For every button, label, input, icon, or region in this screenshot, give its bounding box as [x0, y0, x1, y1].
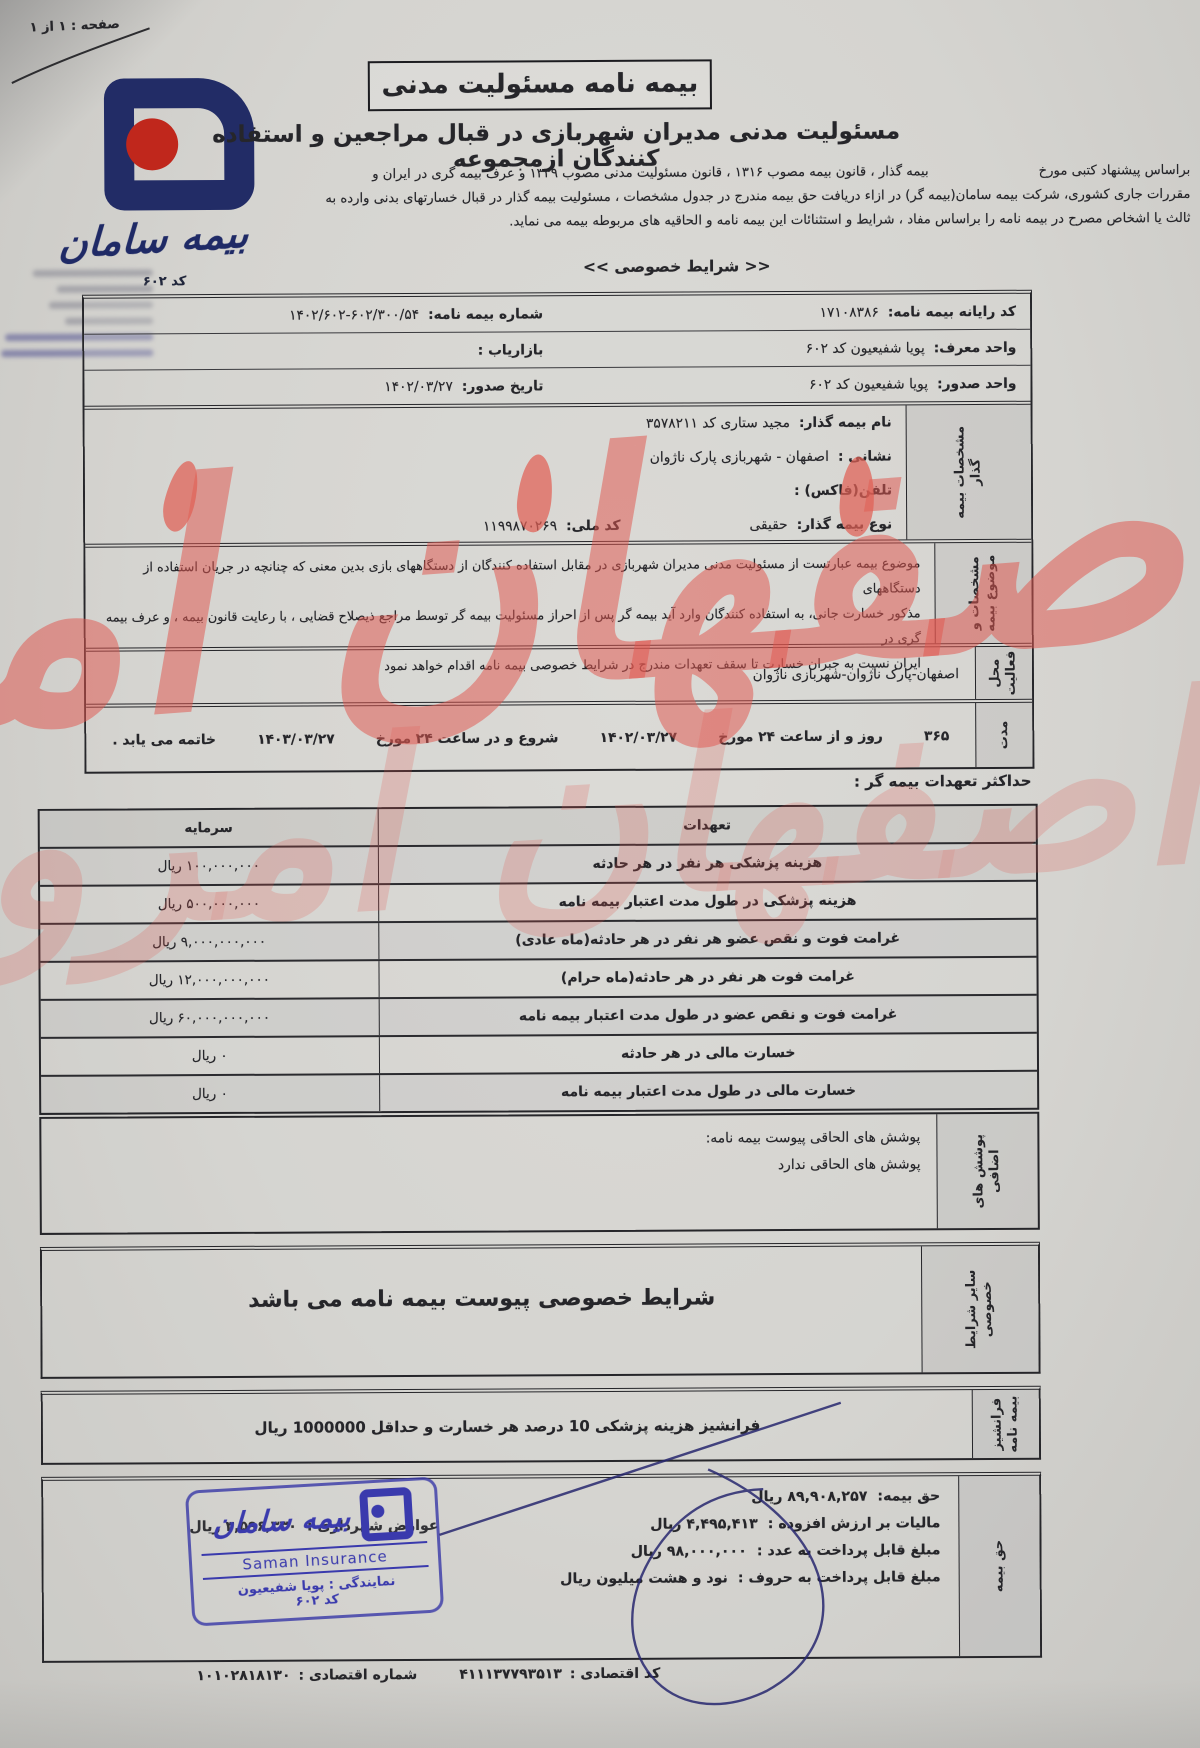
franchise-section-label-text: فرانشیز بیمه نامه: [989, 1391, 1022, 1457]
payable-words-value: نود و هشت میلیون ریال: [560, 1570, 728, 1587]
obligation-label: خسارت مالی در طول مدت اعتبار بیمه نامه: [379, 1072, 1038, 1111]
pen-slash-top-left: [12, 28, 150, 83]
payable-number-value: ۹۸,۰۰۰,۰۰۰ ریال: [631, 1543, 747, 1560]
coverages-section-label-text: پوشش های اضافی: [971, 1121, 1004, 1221]
marketer-label: بازاریاب :: [478, 342, 544, 358]
blurred-address-line: [57, 285, 153, 293]
header-row-2: واحد معرف: پویا شفیعیون کد ۶۰۲ بازاریاب …: [84, 329, 1030, 370]
obligation-amount: ۶۰,۰۰۰,۰۰۰,۰۰۰ ریال: [41, 999, 379, 1037]
other-conditions-section-label-text: سایر شرایط خصوصی: [964, 1251, 997, 1367]
issue-unit-value: پویا شفیعیون کد ۶۰۲: [809, 376, 928, 393]
section-location: محل فعالیت اصفهان-پارک ناژوان-شهربازی نا…: [86, 643, 1032, 704]
premium-label: حق بیمه:: [877, 1488, 940, 1504]
premium-section-label-text: حق بیمه: [991, 1526, 1008, 1606]
col-header-capital: سرمایه: [40, 809, 378, 847]
obligation-row: هزینه پزشکی هر نفر در هر حادثه ۱۰۰,۰۰۰,۰…: [40, 842, 1036, 885]
header-row-3: واحد صدور: پویا شفیعیون کد ۶۰۲ تاریخ صدو…: [84, 365, 1030, 406]
duration-section-label: مدت: [975, 703, 1032, 767]
intro-paragraph: براساس پیشنهاد کتبی مورخ بیمه گذار ، قان…: [248, 159, 1190, 236]
obligation-amount: ۰ ریال: [41, 1037, 379, 1075]
section-duration: مدت ۳۶۵ روز و از ساعت ۲۴ مورخ ۱۴۰۲/۰۳/۲۷…: [86, 699, 1032, 772]
obligation-row: خسارت مالی در هر حادثه ۰ ریال: [41, 1032, 1037, 1075]
computer-code-label: کد رایانه بیمه نامه:: [888, 303, 1016, 320]
scanned-document: صفحه : ۱ از ۱ بیمه سامان کد ۶۰۲ بیمه نام…: [0, 0, 1200, 1748]
duration-text-1: روز و از ساعت ۲۴ مورخ: [718, 729, 883, 746]
franchise-section-label: فرانشیز بیمه نامه: [972, 1390, 1039, 1458]
duration-section-label-text: مدت: [996, 715, 1012, 755]
subject-section-label: مشخصات و موضوع بیمه: [934, 543, 1032, 644]
policy-no-label: شماره بیمه نامه:: [428, 306, 543, 323]
duration-end-date: ۱۴۰۳/۰۳/۲۷: [257, 731, 335, 747]
obligation-label: خسارت مالی در هر حادثه: [378, 1034, 1037, 1073]
section-additional-coverages: پوشش های اضافی پوشش های الحاقی پیوست بیم…: [39, 1112, 1040, 1235]
agency-stamp: بیمه سامان Saman Insurance نمایندگی : پو…: [185, 1476, 444, 1626]
vat-value: ۴,۴۹۵,۴۱۳ ریال: [650, 1516, 758, 1533]
issue-unit-label: واحد صدور:: [937, 375, 1016, 391]
insured-name-value: مجید ستاری کد ۳۵۷۸۲۱۱: [646, 415, 790, 432]
obligations-heading: حداکثر تعهدات بیمه گر :: [854, 772, 1032, 791]
economic-no-label: شماره اقتصادی :: [298, 1667, 417, 1684]
intro-unit-value: پویا شفیعیون کد ۶۰۲: [806, 340, 925, 357]
obligation-row: غرامت فوت و نقص عضو هر نفر در هر حادثه(م…: [40, 918, 1036, 961]
insured-section-label-text: مشخصات بیمه گذار: [952, 410, 985, 534]
insured-phone-label: تلفن(فاکس) :: [794, 482, 892, 499]
insured-section-label: مشخصات بیمه گذار: [906, 405, 1032, 540]
coverages-line-2: پوشش های الحاقی ندارد: [57, 1151, 920, 1183]
economic-code-label: کد اقتصادی :: [570, 1666, 660, 1682]
economic-no-value: ۱۰۱۰۲۸۱۸۱۳۰: [196, 1668, 290, 1684]
intro-proposal-date: براساس پیشنهاد کتبی مورخ: [1039, 159, 1191, 184]
insured-address-label: نشانی :: [838, 448, 892, 464]
insured-type-label: نوع بیمه گذار:: [797, 516, 893, 532]
obligation-amount: ۵۰۰,۰۰۰,۰۰۰ ریال: [40, 885, 378, 923]
obligation-row: هزینه پزشکی در طول مدت اعتبار بیمه نامه …: [40, 880, 1036, 923]
economic-code-value: ۴۱۱۱۳۷۷۹۳۵۱۳: [459, 1666, 562, 1683]
special-conditions-heading: << شرایط خصوصی >>: [117, 255, 1200, 279]
subject-section-label-text: مشخصات و موضوع بیمه: [967, 545, 1000, 641]
stamp-logo-icon: [359, 1487, 414, 1542]
subject-paragraph: موضوع بیمه عبارتست از مسئولیت مدنی مدیرا…: [85, 543, 935, 647]
other-conditions-text: شرایط خصوصی پیوست بیمه نامه می باشد: [248, 1285, 715, 1312]
obligation-label: غرامت فوت هر نفر در هر حادثه(ماه حرام): [378, 958, 1037, 997]
obligations-table: تعهدات سرمایه هزینه پزشکی هر نفر در هر ح…: [38, 804, 1040, 1115]
logo-red-dot: [126, 118, 178, 170]
issue-date-value: ۱۴۰۲/۰۳/۲۷: [384, 378, 453, 394]
page-number: صفحه : ۱ از ۱: [29, 17, 120, 36]
obligation-amount: ۰ ریال: [41, 1075, 379, 1113]
location-section-label-text: محل فعالیت: [988, 646, 1021, 700]
duration-text-3: خاتمه می یابد .: [112, 732, 216, 749]
coverages-section-label: پوشش های اضافی: [936, 1114, 1038, 1229]
footer-economic-codes: کد اقتصادی : ۴۱۱۱۳۷۷۹۳۵۱۳ شماره اقتصادی …: [12, 1666, 660, 1685]
insured-type-row: نوع بیمه گذار: حقیقی کد ملی: ۱۱۹۹۸۷۰۲۶۹: [85, 507, 906, 545]
computer-code-value: ۱۷۱۰۸۳۸۶: [820, 304, 879, 320]
duration-text-2: شروع و در ساعت ۲۴ مورخ: [376, 730, 559, 747]
other-conditions-section-label: سایر شرایط خصوصی: [921, 1246, 1039, 1373]
col-header-obligation: تعهدات: [377, 806, 1036, 845]
insured-name-label: نام بیمه گذار:: [799, 414, 892, 430]
insured-phone-row: تلفن(فاکس) :: [85, 473, 906, 511]
duration-days: ۳۶۵: [924, 728, 949, 744]
obligation-amount: ۱۰۰,۰۰۰,۰۰۰ ریال: [40, 847, 378, 885]
intro-unit-label: واحد معرف:: [934, 339, 1017, 355]
obligation-row: خسارت مالی در طول مدت اعتبار بیمه نامه ۰…: [41, 1070, 1037, 1113]
insured-address-value: اصفهان - شهربازی پارک ناژوان: [650, 449, 829, 466]
intro-line-3: ثالث یا اشخاص مصرح در بیمه نامه را براسا…: [249, 207, 1191, 236]
obligation-label: هزینه پزشکی هر نفر در هر حادثه: [377, 844, 1036, 883]
duration-start-date: ۱۴۰۲/۰۳/۲۷: [600, 730, 678, 746]
obligation-amount: ۹,۰۰۰,۰۰۰,۰۰۰ ریال: [40, 923, 378, 961]
issue-date-label: تاریخ صدور:: [462, 378, 544, 394]
insured-address-row: نشانی : اصفهان - شهربازی پارک ناژوان: [85, 439, 906, 477]
section-franchise: فرانشیز بیمه نامه فرانشیز هزینه پزشکی 10…: [41, 1386, 1041, 1465]
policy-header-table: کد رایانه بیمه نامه: ۱۷۱۰۸۳۸۶ شماره بیمه…: [82, 290, 1034, 774]
duration-row: ۳۶۵ روز و از ساعت ۲۴ مورخ ۱۴۰۲/۰۳/۲۷ شرو…: [86, 703, 975, 774]
section-insured: مشخصات بیمه گذار نام بیمه گذار: مجید ستا…: [85, 401, 1032, 544]
obligation-label: غرامت فوت و نقص عضو در طول مدت اعتبار بی…: [378, 996, 1037, 1035]
national-id-value: ۱۱۹۹۸۷۰۲۶۹: [483, 518, 557, 534]
premium-section-label: حق بیمه: [958, 1476, 1040, 1656]
intro-line-1-rest: بیمه گذار ، قانون بیمه مصوب ۱۳۱۶ ، قانون…: [372, 160, 929, 187]
insured-type-value: حقیقی: [749, 517, 787, 533]
payable-words-label: مبلغ قابل پرداخت به حروف :: [738, 1569, 941, 1586]
obligation-amount: ۱۲,۰۰۰,۰۰۰,۰۰۰ ریال: [40, 961, 378, 999]
location-value: اصفهان-پارک ناژوان-شهربازی ناژوان: [86, 647, 975, 706]
insured-name-row: نام بیمه گذار: مجید ستاری کد ۳۵۷۸۲۱۱: [85, 405, 906, 443]
section-header-fields: کد رایانه بیمه نامه: ۱۷۱۰۸۳۸۶ شماره بیمه…: [84, 294, 1031, 406]
obligations-header-row: تعهدات سرمایه: [40, 806, 1036, 847]
obligation-label: هزینه پزشکی در طول مدت اعتبار بیمه نامه: [378, 882, 1037, 921]
subject-line-1: موضوع بیمه عبارتست از مسئولیت مدنی مدیرا…: [99, 551, 920, 605]
policy-no-value: ۱۴۰۲/۶۰۲-۶۰۲/۳۰۰/۵۴: [289, 306, 419, 323]
location-section-label: محل فعالیت: [975, 647, 1032, 699]
section-other-conditions: سایر شرایط خصوصی شرایط خصوصی پیوست بیمه …: [40, 1242, 1041, 1379]
obligation-row: غرامت فوت هر نفر در هر حادثه(ماه حرام) ۱…: [40, 956, 1036, 999]
national-id-label: کد ملی:: [566, 518, 621, 534]
stamp-brand-fa: بیمه سامان: [212, 1499, 351, 1541]
payable-number-label: مبلغ قابل پرداخت به عدد :: [757, 1542, 941, 1559]
vat-label: مالیات بر ارزش افزوده :: [768, 1515, 941, 1532]
franchise-text: فرانشیز هزینه پزشکی 10 درصد هر خسارت و ح…: [43, 1390, 972, 1463]
obligation-row: غرامت فوت و نقص عضو در طول مدت اعتبار بی…: [41, 994, 1037, 1037]
section-subject: مشخصات و موضوع بیمه موضوع بیمه عبارتست ا…: [85, 539, 1032, 648]
obligation-label: غرامت فوت و نقص عضو هر نفر در هر حادثه(م…: [378, 920, 1037, 959]
policy-title: بیمه نامه مسئولیت مدنی: [368, 59, 712, 111]
premium-value: ۸۹,۹۰۸,۲۵۷ ریال: [751, 1489, 867, 1506]
header-row-1: کد رایانه بیمه نامه: ۱۷۱۰۸۳۸۶ شماره بیمه…: [84, 294, 1030, 334]
